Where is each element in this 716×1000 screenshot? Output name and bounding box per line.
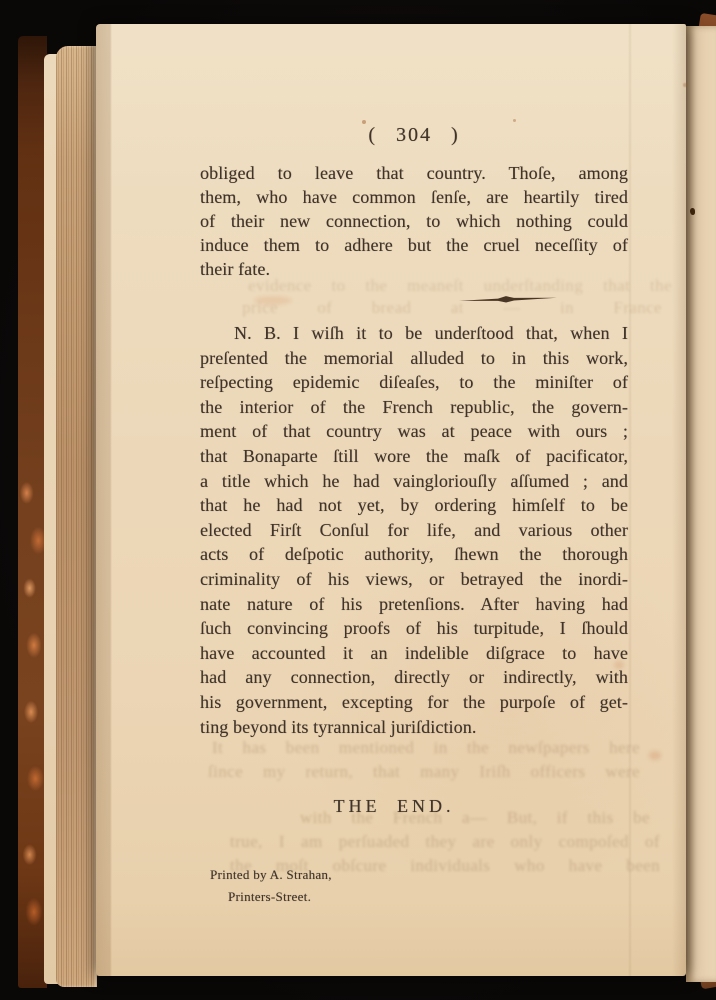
text-line: obliged to leave that country. Thoſe, am… [200, 161, 628, 185]
text-line: have accounted it an indelible diſgrace … [200, 641, 628, 666]
text-line: preſented the memorial alluded to in thi… [200, 346, 628, 371]
text-line: them, who have common ſenſe, are heartil… [200, 185, 628, 209]
text-line: elected Firſt Conſul for life, and vario… [200, 518, 628, 543]
text-line: the interior of the French republic, the… [200, 395, 628, 420]
text-line: acts of deſpotic authority, ſhewn the th… [200, 542, 628, 567]
foxing-stain [513, 119, 516, 122]
foxing-stain [649, 751, 661, 760]
text-line: criminality of his views, or betrayed th… [200, 567, 628, 592]
text-line: his government, excepting for the purpoſ… [200, 690, 628, 715]
text-line: ment of that country was at peace with o… [200, 419, 628, 444]
text-line: a title which he had vaingloriouſly aſſu… [200, 469, 628, 494]
show-through-text: ſince my return, that many Iriſh officer… [208, 762, 640, 782]
text-line: that he had not yet, by ordering himſelf… [200, 493, 628, 518]
book-page: evidence to the meaneſt underſtanding th… [96, 24, 686, 976]
the-end-label: THE END. [180, 796, 608, 817]
imprint-line: Printers-Street. [210, 886, 332, 908]
text-line: induce them to adhere but the cruel nece… [200, 233, 628, 257]
text-line: of their new connection, to which nothin… [200, 209, 628, 233]
book-cover-board-marbled-edge [18, 36, 47, 988]
imprint-line: Printed by A. Strahan, [210, 864, 332, 886]
foxing-stain [254, 296, 292, 305]
text-line: ſuch convincing proofs of his turpitude,… [200, 616, 628, 641]
text-line: that Bonaparte ſtill wore the maſk of pa… [200, 444, 628, 469]
show-through-text: true, I am perſuaded they are only compo… [230, 832, 660, 852]
facing-page-edge [686, 26, 716, 982]
body-paragraph: obliged to leave that country. Thoſe, am… [200, 161, 628, 281]
text-line: ting beyond its tyrannical juriſdiction. [200, 715, 628, 740]
ink-speck [690, 208, 695, 215]
note-paragraph: N. B. I wiſh it to be underſtood that, w… [200, 321, 628, 739]
text-line: their fate. [200, 257, 628, 281]
text-line: N. B. I wiſh it to be underſtood that, w… [200, 321, 628, 346]
swelled-rule-divider [458, 290, 558, 311]
page-header-number: ( 304 ) [200, 124, 628, 147]
text-line: reſpecting epidemic diſeaſes, to the min… [200, 370, 628, 395]
page-block-fore-edge [56, 46, 97, 987]
show-through-text: It has been mentioned in the newſpapers … [212, 738, 640, 758]
printer-imprint: Printed by A. Strahan, Printers-Street. [210, 864, 332, 908]
text-line: had any connection, directly or indirect… [200, 665, 628, 690]
text-line: nate nature of his pretenſions. After ha… [200, 592, 628, 617]
foxing-stain [683, 83, 687, 87]
show-through-text: price of bread at — in France [242, 298, 662, 318]
